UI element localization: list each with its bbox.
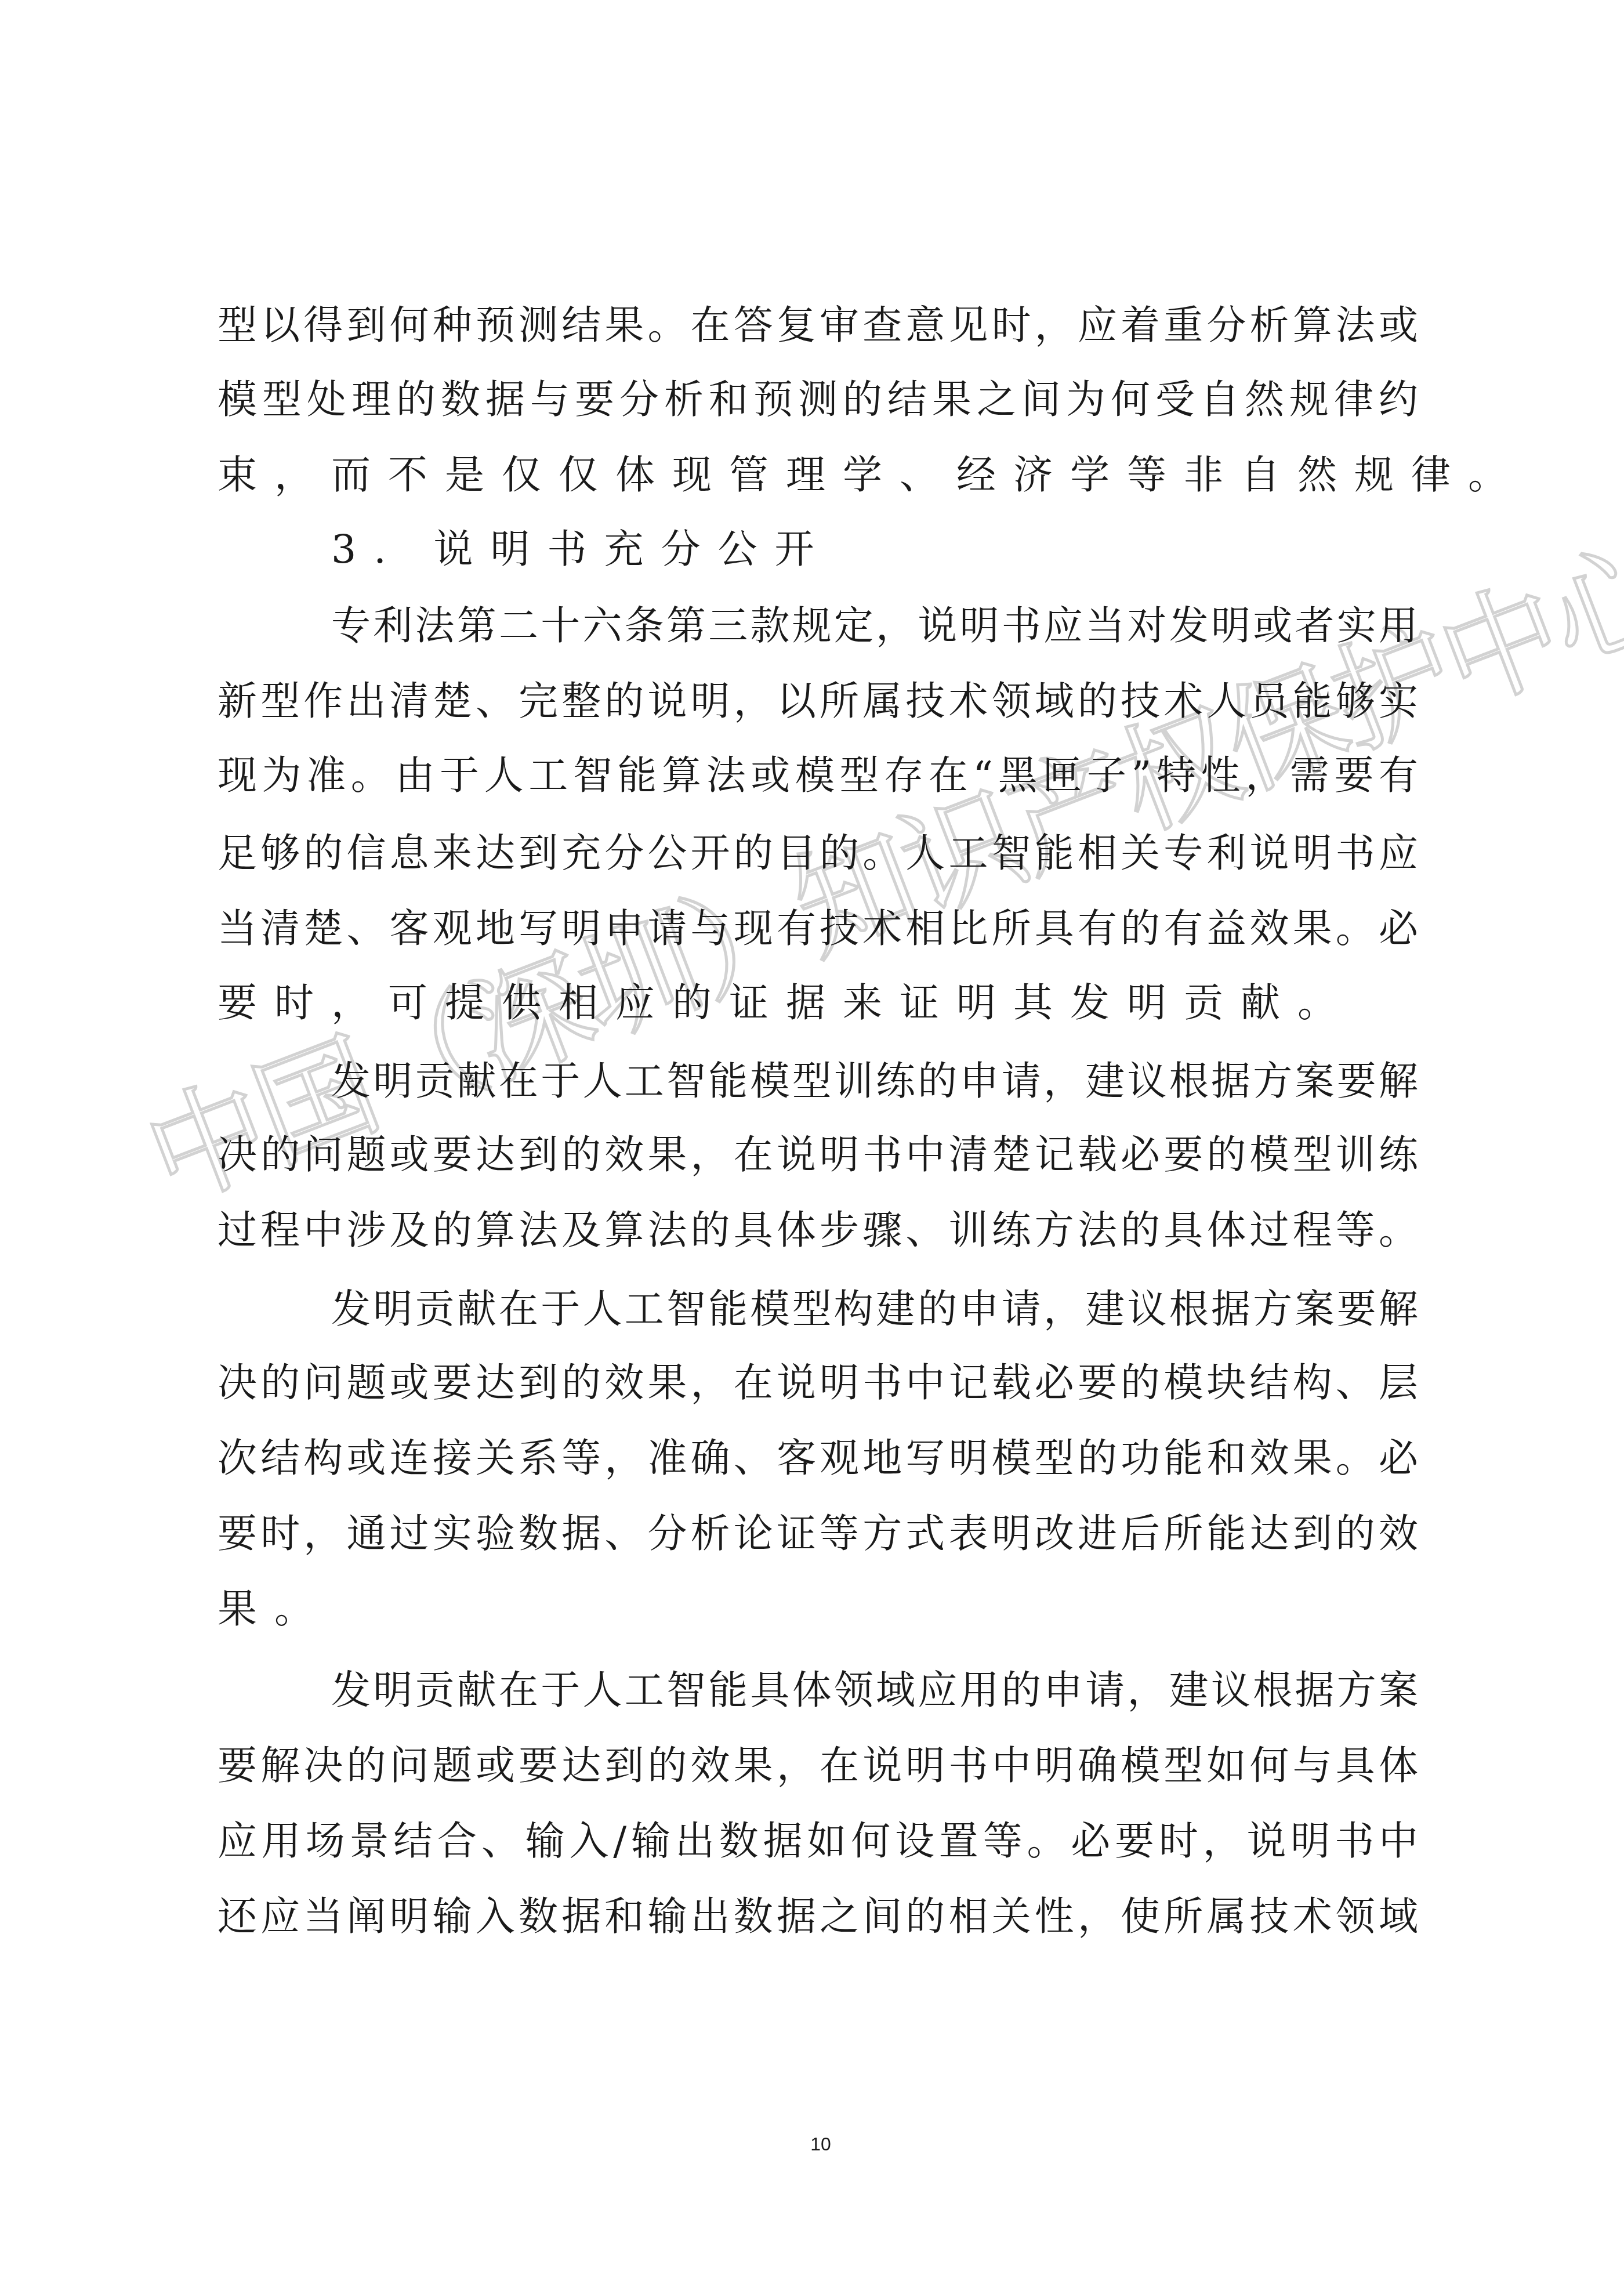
- section-heading: 3. 说明书充分公开: [331, 524, 1418, 576]
- text-line: 新型作出清楚、完整的说明，以所属技术领域的技术人员能够实: [217, 676, 1418, 728]
- watermark: 中国（深圳）知识产权保护中心: [132, 568, 1583, 1220]
- text-line: 要时，通过实验数据、分析论证等方式表明改进后所能达到的效: [217, 1508, 1418, 1560]
- text-line: 要时，可提供相应的证据来证明其发明贡献。: [217, 977, 1418, 1030]
- text-line: 过程中涉及的算法及算法的具体步骤、训练方法的具体过程等。: [217, 1205, 1418, 1257]
- page-number: 10: [789, 2134, 853, 2155]
- text-line: 足够的信息来达到充分公开的目的。人工智能相关专利说明书应: [217, 828, 1418, 880]
- text-line: 专利法第二十六条第三款规定，说明书应当对发明或者实用: [331, 600, 1418, 653]
- document-page: 中国（深圳）知识产权保护中心 型以得到何种预测结果。在答复审查意见时，应着重分析…: [0, 0, 1624, 2296]
- text-line: 决的问题或要达到的效果，在说明书中清楚记载必要的模型训练: [217, 1129, 1418, 1182]
- text-line: 束，而不是仅仅体现管理学、经济学等非自然规律。: [217, 450, 1418, 502]
- text-line: 型以得到何种预测结果。在答复审查意见时，应着重分析算法或: [217, 300, 1418, 352]
- text-line: 发明贡献在于人工智能模型构建的申请，建议根据方案要解: [331, 1284, 1418, 1336]
- text-line: 还应当阐明输入数据和输出数据之间的相关性，使所属技术领域: [217, 1891, 1418, 1943]
- text-line: 发明贡献在于人工智能模型训练的申请，建议根据方案要解: [331, 1056, 1418, 1108]
- text-line: 决的问题或要达到的效果，在说明书中记载必要的模块结构、层: [217, 1357, 1418, 1410]
- text-line: 发明贡献在于人工智能具体领域应用的申请，建议根据方案: [331, 1665, 1418, 1717]
- text-line: 次结构或连接关系等，准确、客观地写明模型的功能和效果。必: [217, 1433, 1418, 1485]
- text-line: 当清楚、客观地写明申请与现有技术相比所具有的有益效果。必: [217, 903, 1418, 955]
- text-line: 要解决的问题或要达到的效果，在说明书中明确模型如何与具体: [217, 1740, 1418, 1792]
- text-line: 应用场景结合、输入/输出数据如何设置等。必要时，说明书中: [217, 1816, 1418, 1868]
- text-line: 现为准。由于人工智能算法或模型存在“黑匣子”特性，需要有: [217, 750, 1418, 802]
- text-line: 果。: [217, 1584, 1418, 1636]
- text-line: 模型处理的数据与要分析和预测的结果之间为何受自然规律约: [217, 374, 1418, 426]
